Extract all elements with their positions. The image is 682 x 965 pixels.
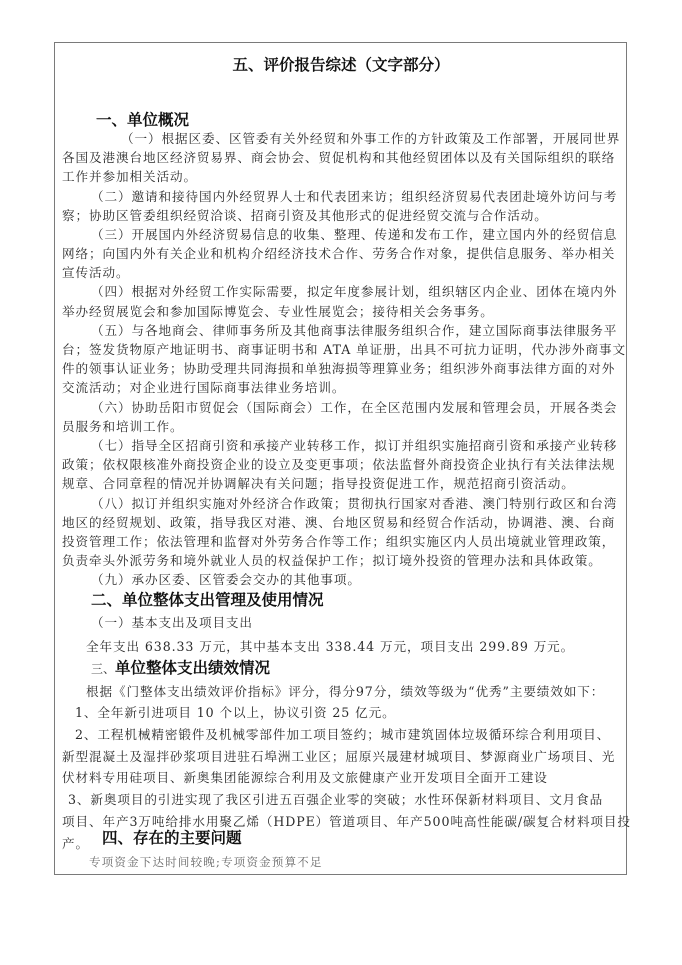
paragraph-line: 地区的经贸规划、政策，指导我区对港、澳、台地区贸易和经贸合作活动，协调港、澳、台… [62, 512, 615, 531]
paragraph-line: 新型混凝土及湿拌砂浆项目进驻石埠洲工业区；屈原兴晟建材城项目、梦源商业广场项目、… [62, 746, 615, 765]
paragraph-line: 举办经贸展览会和参加国际博览会、专业性展览会；接待相关会务事务。 [62, 301, 494, 320]
paragraph-line: （一）根据区委、区管委有关外经贸和外事工作的方针政策及工作部署，开展同世界 [121, 128, 620, 147]
paragraph-line: 政策；依权限核准外商投资企业的设立及变更事项；依法监督外商投资企业执行有关法律法… [62, 454, 615, 473]
section-heading-performance: 三、单位整体支出绩效情况 [91, 656, 270, 678]
section-number: 三、 [91, 662, 115, 676]
paragraph-line: 员服务和培训工作。 [62, 416, 183, 435]
paragraph-line: 2、工程机械精密锻件及机械零部件加工项目签约；城市建筑固体垃圾循环综合利用项目、 [75, 724, 610, 743]
paragraph-line: 产。 [62, 833, 89, 852]
expenditure-summary: 全年支出 638.33 万元，其中基本支出 338.44 万元，项目支出 299… [86, 636, 574, 655]
section-heading-expenditure-management: 二、单位整体支出管理及使用情况 [91, 588, 324, 610]
paragraph-line: 1、全年新引进项目 10 个以上，协议引资 25 亿元。 [75, 702, 396, 721]
section-heading-text: 单位整体支出绩效情况 [115, 659, 270, 677]
paragraph-line: 投资管理工作；依法管理和监督对外劳务合作等工作；组织实施区内人员出境就业管理政策… [62, 531, 615, 550]
paragraph-line: 各国及港澳台地区经济贸易界、商会协会、贸促机构和其他经贸团体以及有关国际组织的联… [62, 147, 615, 166]
page-title: 五、评价报告综述（文字部分） [0, 53, 682, 75]
paragraph-line: （九）承办区委、区管委会交办的其他事项。 [91, 569, 361, 588]
paragraph-line: 负责牵头外派劳务和境外就业人员的权益保护工作；拟订境外投资的管理办法和具体政策。 [62, 550, 602, 569]
paragraph-line: （二）邀请和接待国内外经贸界人士和代表团来访；组织经济贸易代表团赴境外访问与考 [91, 186, 617, 205]
paragraph-line: 宣传活动。 [62, 262, 129, 281]
paragraph-line: 3、新奥项目的引进实现了我区引进五百强企业零的突破；水性环保新材料项目、文月食品 [68, 789, 603, 808]
paragraph-line: 件的领事认证业务；协助受理共同海损和单独海损等理算业务；组织涉外商事法律方面的对… [62, 358, 615, 377]
paragraph-line: （七）指导全区招商引资和承接产业转移工作，拟订并组织实施招商引资和承接产业转移 [91, 435, 617, 454]
section-heading-main-problems: 四、存在的主要问题 [102, 826, 242, 848]
paragraph-line: 网络；向国内外有关企业和机构介绍经济技术合作、劳务合作对象，提供信息服务、举办相… [62, 243, 615, 262]
paragraph-line: 交流活动；对企业进行国际商事法律业务培训。 [62, 377, 345, 396]
paragraph-line: 察；协助区管委组织经贸洽谈、招商引资及其他形式的促进经贸交流与合作活动。 [62, 205, 548, 224]
paragraph-line: （六）协助岳阳市贸促会（国际商会）工作，在全区范围内发展和管理会员，开展各类会 [91, 397, 617, 416]
paragraph-line: （八）拟订并组织实施对外经济合作政策；贯彻执行国家对香港、澳门特别行政区和台湾 [91, 493, 617, 512]
paragraph-line: （四）根据对外经贸工作实际需要，拟定年度参展计划，组织辖区内企业、团体在境内外 [91, 281, 617, 300]
paragraph-line: 工作并参加相关活动。 [62, 166, 197, 185]
paragraph-line: （五）与各地商会、律师事务所及其他商事法律服务组织合作，建立国际商事法律服务平 [91, 320, 617, 339]
section-heading-unit-overview: 一、单位概况 [96, 108, 189, 130]
paragraph-line: 台；签发货物原产地证明书、商事证明书和 ATA 单证册，出具不可抗力证明，代办涉… [62, 339, 626, 358]
problems-content: 专项资金下达时间较晚;专项资金预算不足 [89, 854, 323, 870]
paragraph-line: 伏材料专用硅项目、新奥集团能源综合利用及文旅健康产业开发项目全面开工建设 [62, 767, 548, 786]
paragraph-line: （三）开展国内外经济贸易信息的收集、整理、传递和发布工作，建立国内外的经贸信息 [91, 224, 617, 243]
paragraph-line: 根据《门整体支出绩效评价指标》评分，得分97分，绩效等级为“优秀”主要绩效如下： [86, 681, 604, 700]
subsection-heading: （一）基本支出及项目支出 [91, 612, 253, 631]
paragraph-line: 规章、合同章程的情况并协调解决有关问题；指导投资促进工作，规范招商引资活动。 [62, 473, 575, 492]
